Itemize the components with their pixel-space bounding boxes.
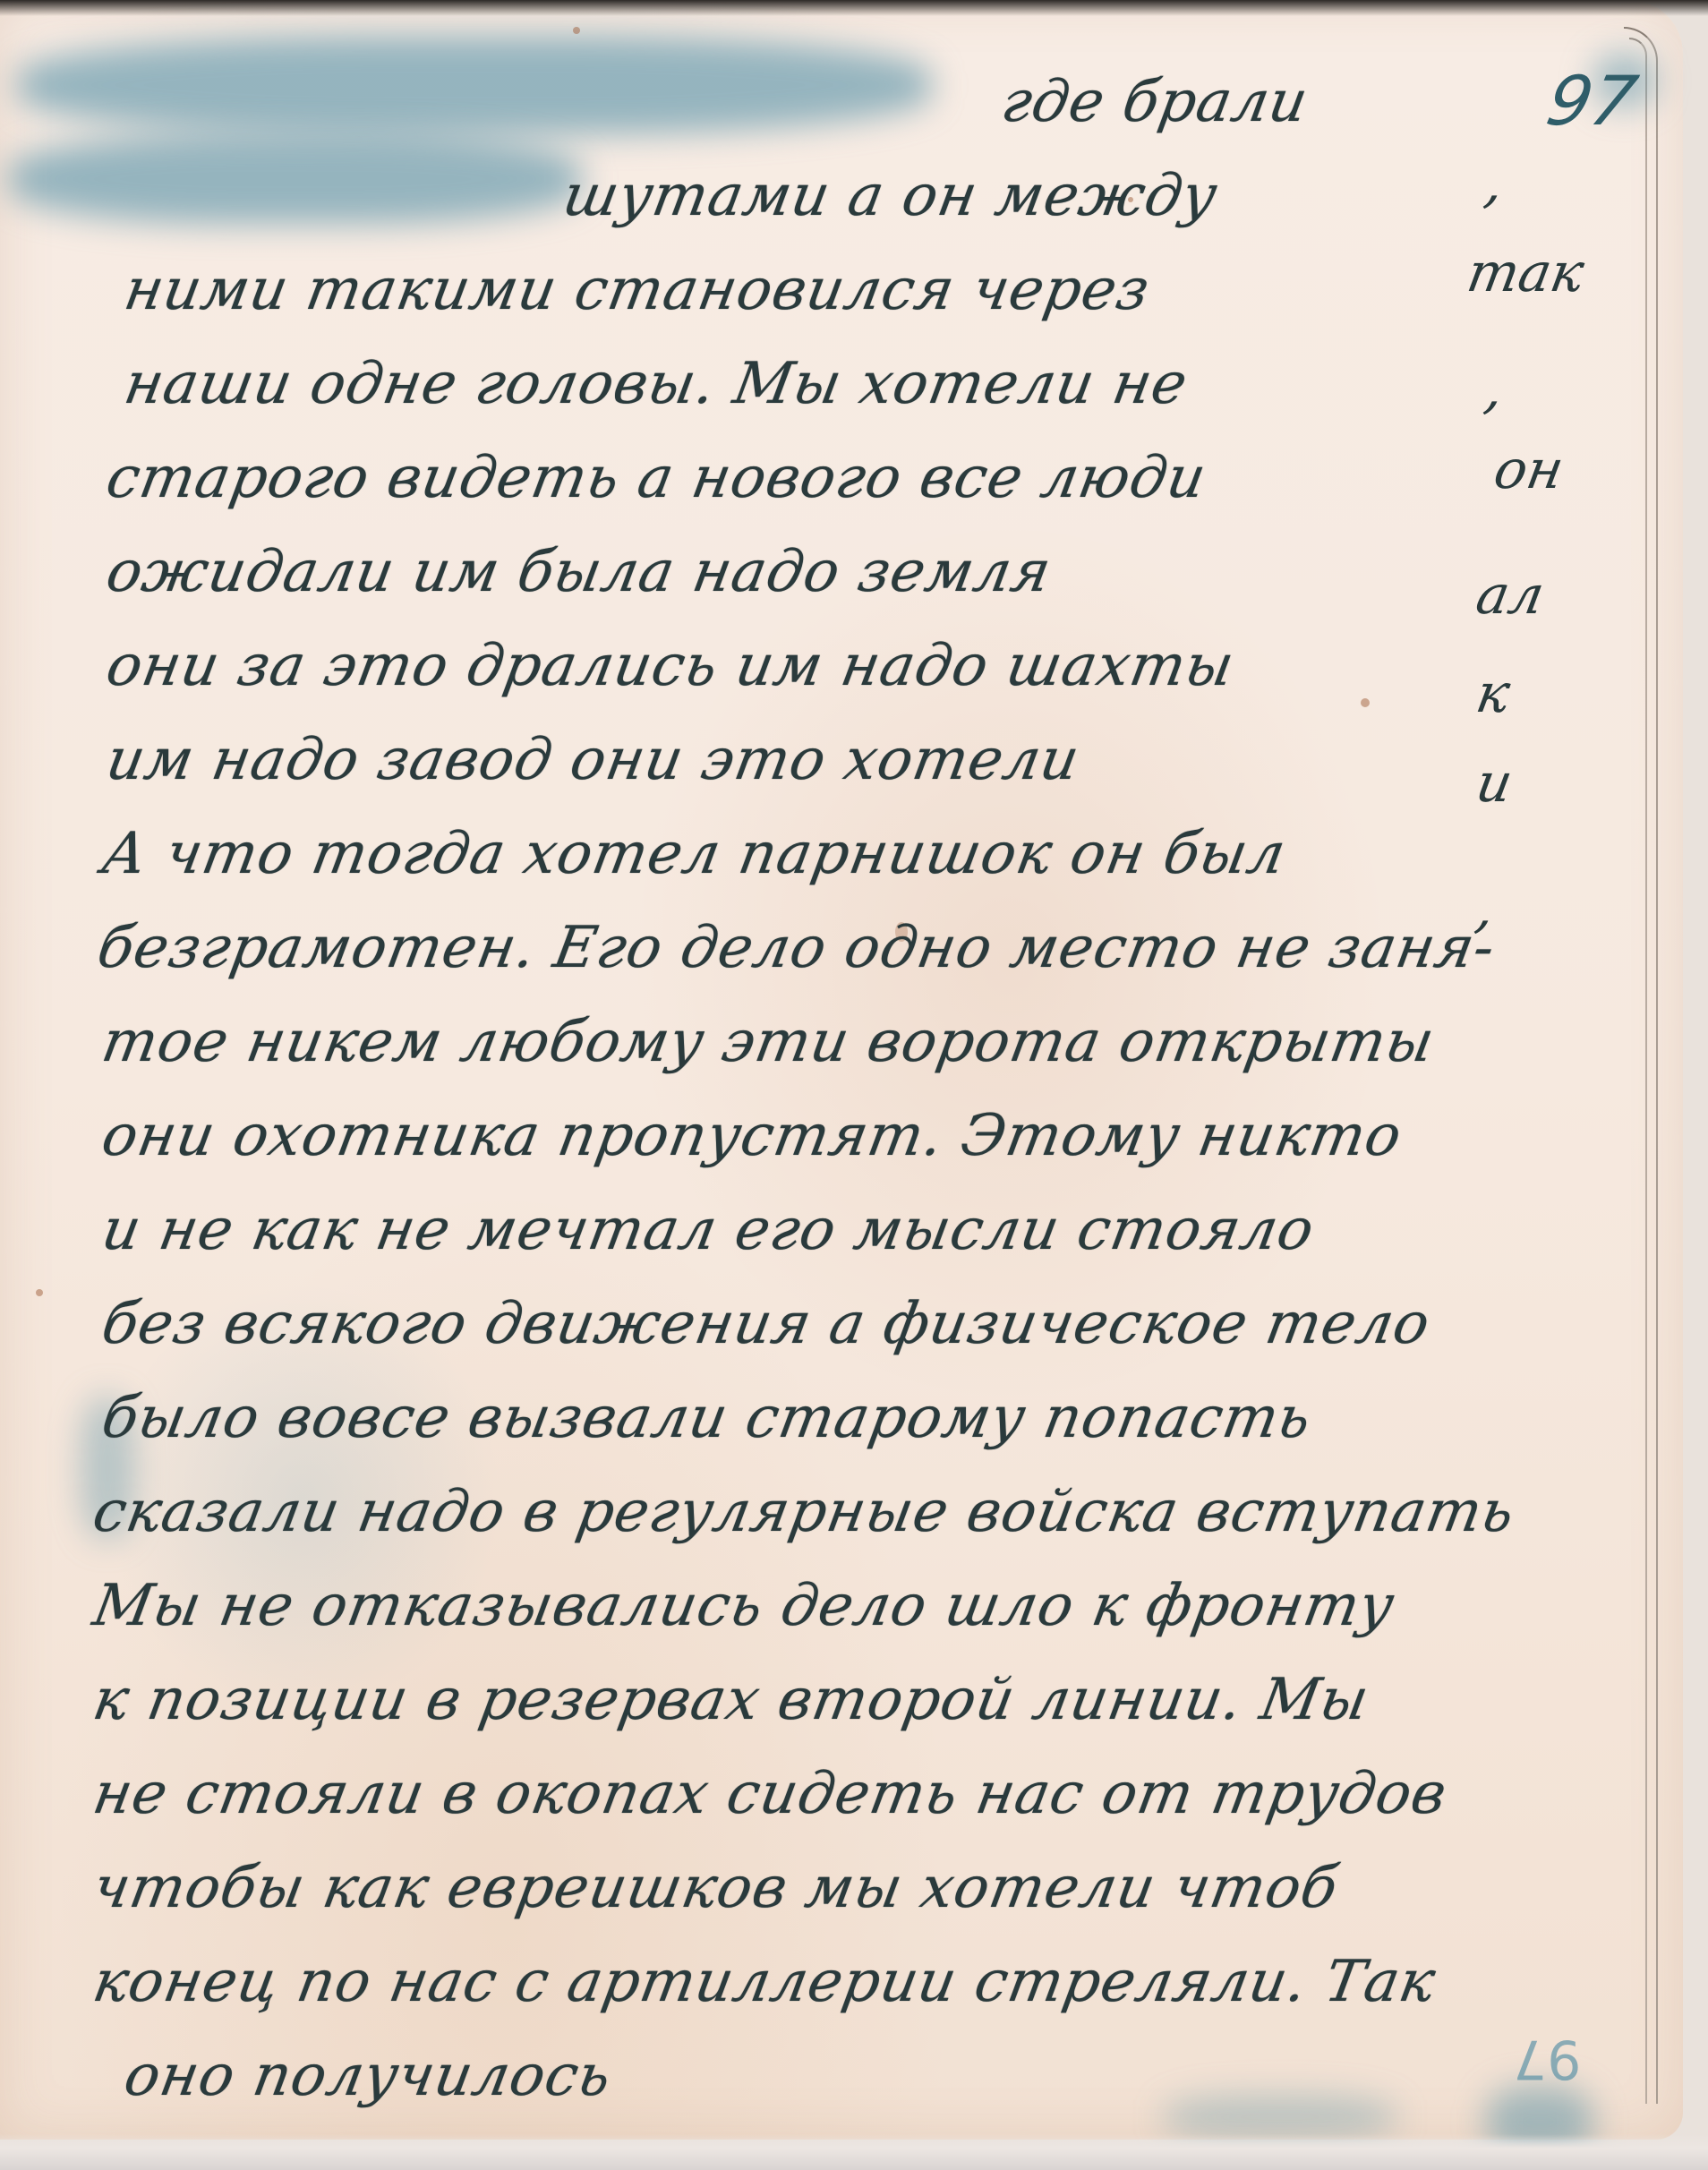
- text-line: без всякого движения а физическое тело: [81, 1277, 1549, 1371]
- text-line: ожидали им была надо земля: [81, 525, 1549, 619]
- page-bottom-curl: [0, 2134, 1708, 2170]
- text-line: старого видеть а нового все люди: [81, 431, 1549, 525]
- text-line: Мы не отказывались дело шло к фронту: [81, 1559, 1549, 1653]
- rust-stain: [36, 1289, 43, 1296]
- margin-mark: он: [1490, 439, 1568, 501]
- margin-mark: ал: [1472, 564, 1549, 627]
- text-line: шутами а он между: [81, 150, 1549, 243]
- margin-mark: так: [1463, 242, 1589, 304]
- page-top-shadow: [0, 0, 1708, 16]
- text-line: было вовсе вызвали старому попасть: [81, 1371, 1549, 1465]
- text-line: не стояли в окопах сидеть нас от трудов: [81, 1747, 1549, 1841]
- bottom-margin-mark: 97: [1513, 2028, 1581, 2090]
- text-line: ними такими становился через: [81, 243, 1549, 337]
- page-edge-lines: [1624, 27, 1658, 2104]
- text-line: чтобы как евреишков мы хотели чтоб: [81, 1841, 1549, 1935]
- text-line: сказали надо в регулярные войска вступат…: [81, 1465, 1549, 1559]
- notebook-page: 97 где брали шутами а он между ними таки…: [0, 0, 1683, 2140]
- page-number: 97: [1541, 61, 1644, 141]
- handwritten-text-block: где брали шутами а он между ними такими …: [90, 56, 1540, 2123]
- text-line: А что тогда хотел парнишок он был: [81, 807, 1549, 901]
- text-line: где брали: [81, 56, 1549, 150]
- text-line: наши одне головы. Мы хотели не: [81, 337, 1549, 431]
- text-line: конец по нас с артиллерии стреляли. Так: [81, 1935, 1549, 2029]
- text-line: они охотника пропустят. Этому никто: [81, 1089, 1549, 1183]
- text-line: к позиции в резервах второй линии. Мы: [81, 1653, 1549, 1747]
- text-line: оно получилось: [81, 2029, 1549, 2123]
- text-line: безграмотен. Его дело одно место не заня…: [81, 901, 1549, 995]
- text-line: они за это дрались им надо шахты: [81, 619, 1549, 713]
- rust-stain: [573, 27, 580, 34]
- text-line: им надо завод они это хотели: [81, 713, 1549, 807]
- text-line: и не как не мечтал его мысли стояло: [81, 1183, 1549, 1277]
- text-line: тое никем любому эти ворота открыты: [81, 995, 1549, 1089]
